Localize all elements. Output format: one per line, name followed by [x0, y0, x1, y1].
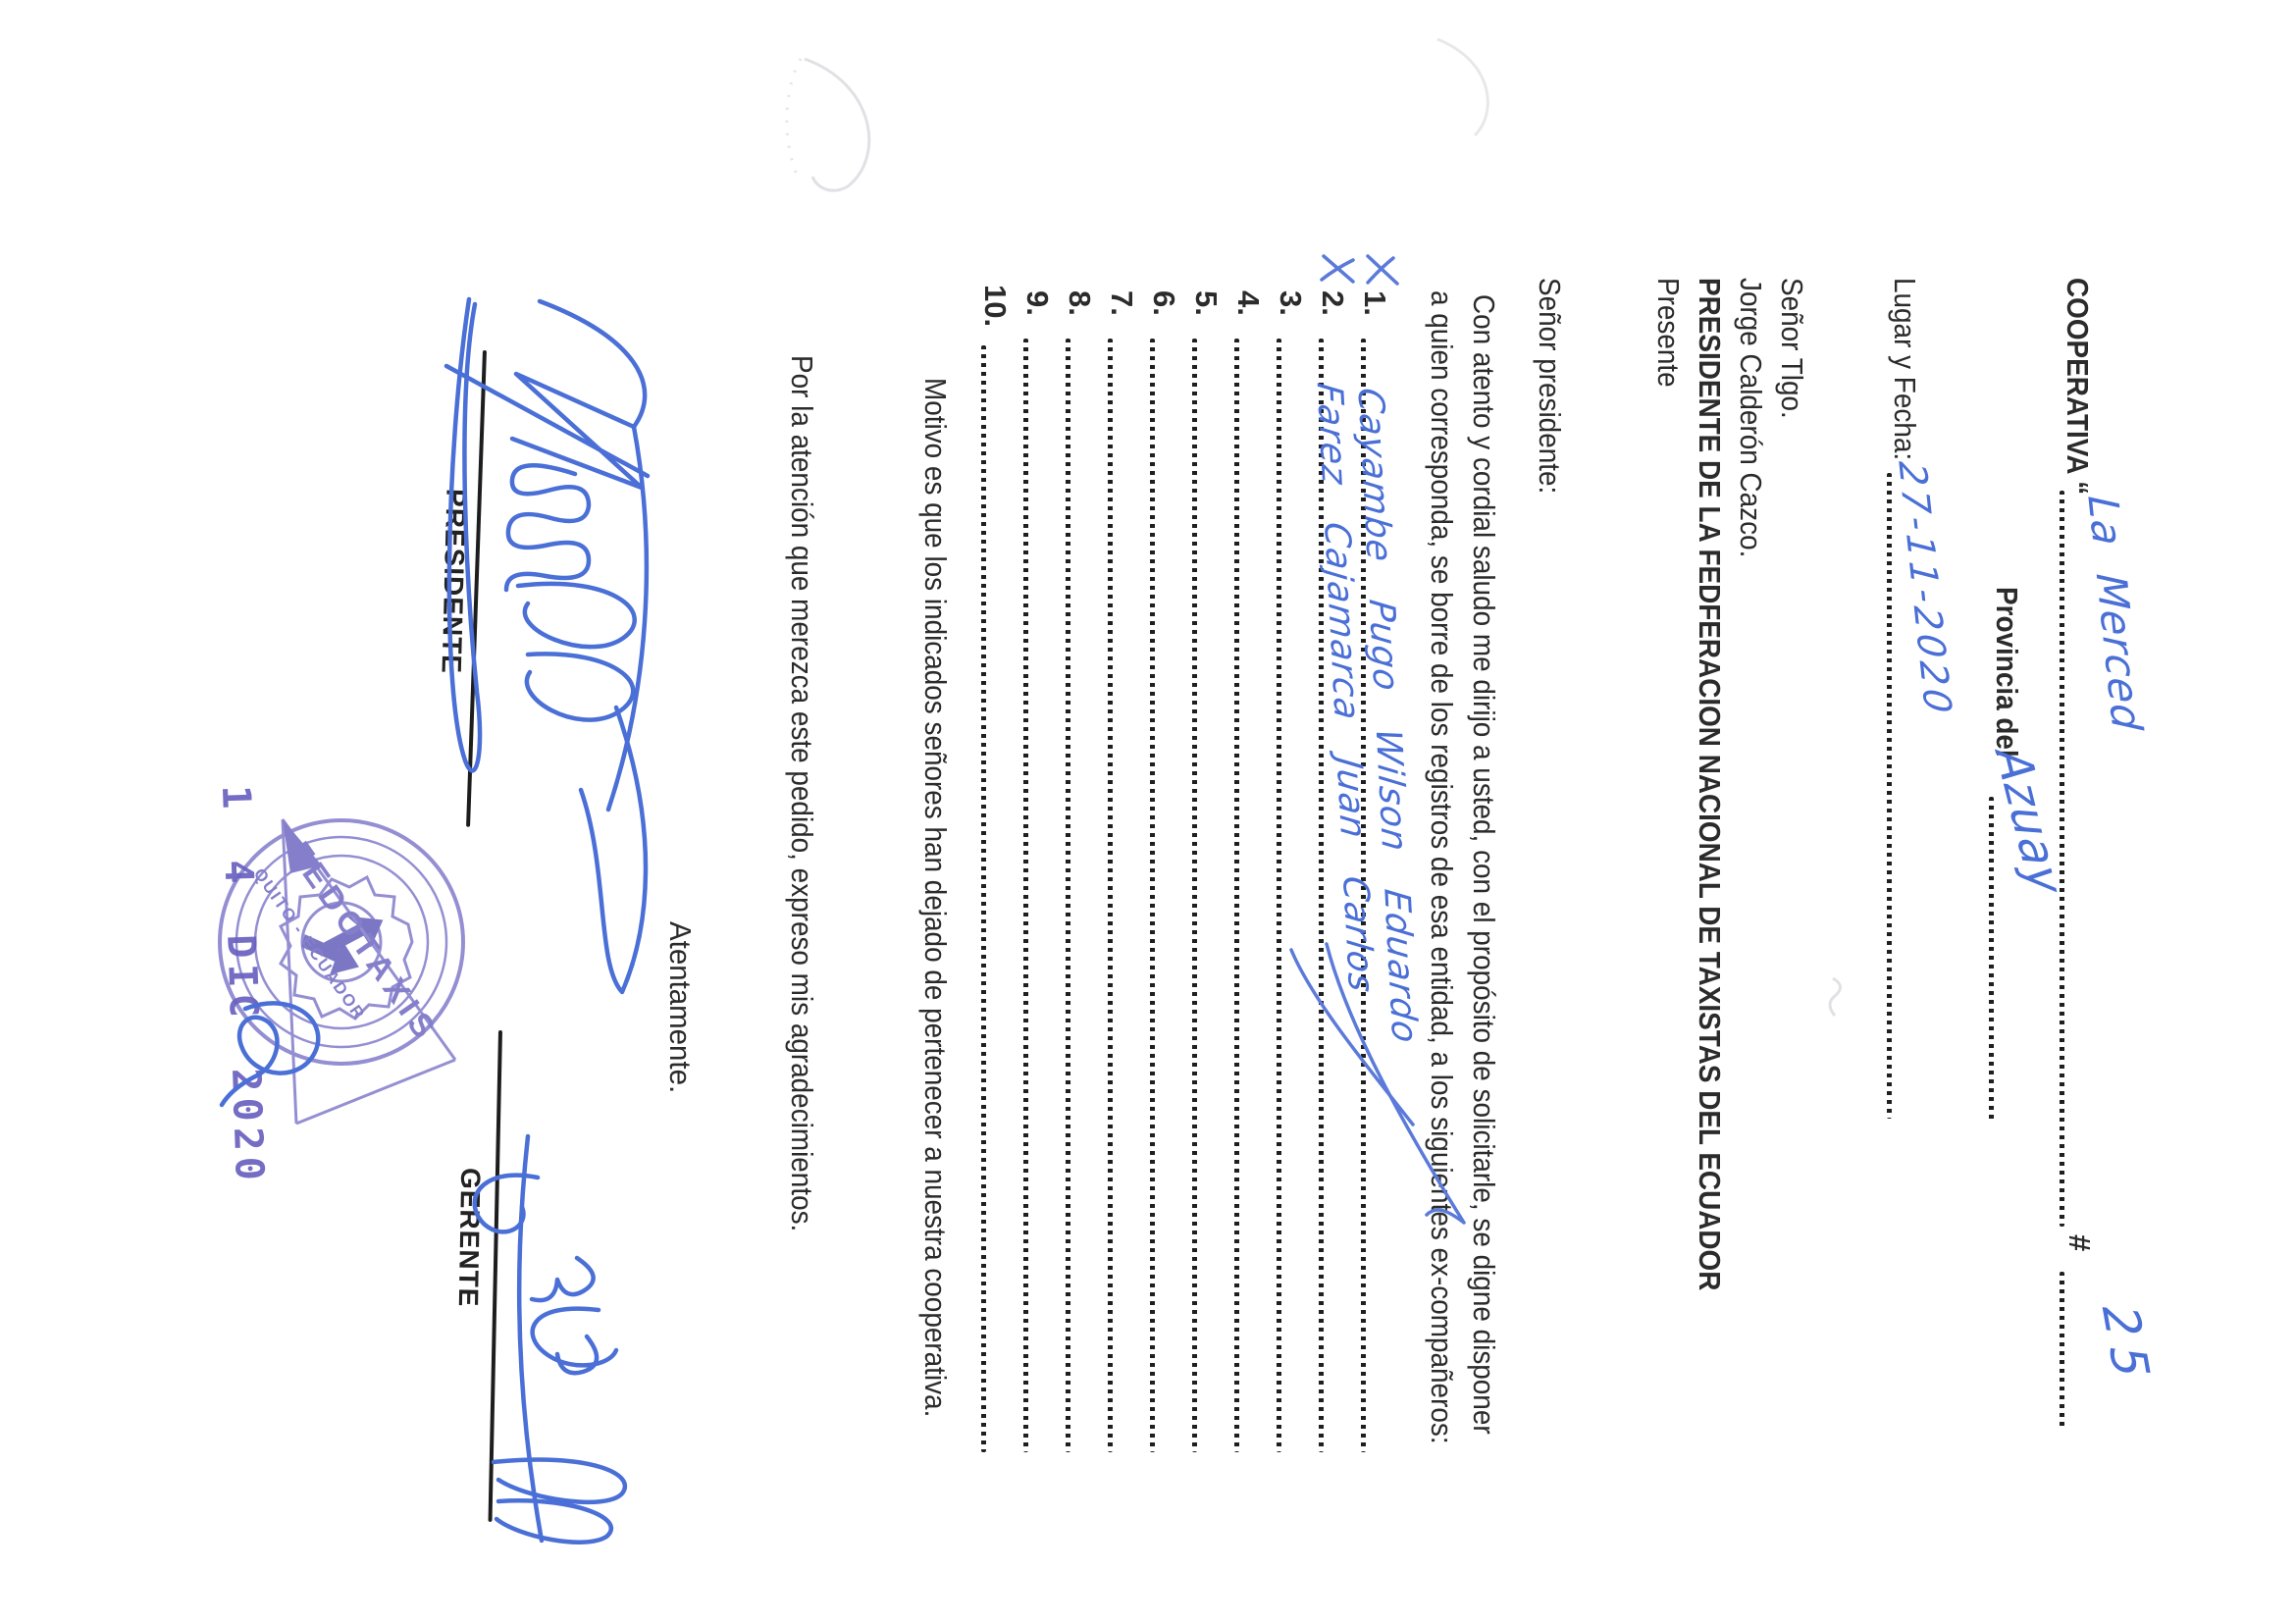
- president-signature-strokes: [446, 299, 648, 992]
- list-item-number: 2.: [1316, 290, 1349, 316]
- list-item-number: 3.: [1274, 290, 1307, 316]
- scanned-letter-viewport: COOPERATIVA “ # La Merced 25 Provincia d…: [0, 0, 2296, 1623]
- item-3-number: 3.: [1274, 290, 1308, 316]
- faint-speck-mark: [1823, 976, 1845, 1020]
- gratitude-line: Por la atención que merezca este pedido,…: [785, 355, 818, 1330]
- list-item-dotted-line: [1150, 339, 1155, 1452]
- list-item-dotted-line: [1066, 339, 1070, 1452]
- cooperative-label: COOPERATIVA “: [2061, 278, 2094, 519]
- place-date-label: Lugar y Fecha:: [1888, 278, 1921, 481]
- body-line-1: Con atento y cordial saludo me dirijo a …: [1467, 294, 1500, 1561]
- dotted-leader-date: [1887, 473, 1892, 1119]
- cooperative-label-text: COOPERATIVA “: [2061, 278, 2094, 495]
- handwritten-date: 27-11-2020: [1890, 460, 1960, 718]
- dotted-leader-province: [1989, 797, 1994, 1121]
- list-item-dotted-line: [1234, 339, 1239, 1452]
- recipient-title: PRESIDENTE DE LA FEDFERACION NACIONAL DE…: [1693, 278, 1726, 1403]
- recipient-salutation: Señor Tlgo.: [1775, 278, 1808, 435]
- recipient-name: Jorge Calderón Cazco.: [1734, 278, 1767, 589]
- list-item-number: 4.: [1231, 290, 1265, 316]
- number-sign: #: [2062, 1234, 2096, 1251]
- handwritten-number: 25: [2091, 1304, 2163, 1388]
- list-item-number: 7.: [1105, 290, 1138, 316]
- list-item-dotted-line: [1192, 339, 1197, 1452]
- letter-page: COOPERATIVA “ # La Merced 25 Provincia d…: [0, 0, 2296, 1623]
- blue-cross-mark-1: [1358, 250, 1403, 289]
- item-7-number: 7.: [1105, 290, 1139, 316]
- manager-signature-strokes: [475, 1136, 625, 1543]
- handwritten-cooperative-name: La Merced: [2078, 496, 2152, 732]
- signature-flourish-2: [1283, 940, 1431, 1146]
- province-label-text: Provincia del: [1990, 587, 2023, 758]
- item-1-number: 1.: [1358, 290, 1392, 316]
- recipient-salutation-text: Señor Tlgo.: [1775, 278, 1808, 419]
- place-date-label-text: Lugar y Fecha:: [1888, 278, 1921, 460]
- body-line-2-text: a quien corresponda, se borre de los reg…: [1425, 290, 1458, 1444]
- list-item-dotted-line: [1277, 339, 1281, 1452]
- province-label: Provincia del: [1990, 587, 2023, 776]
- list-item-dotted-line: [1108, 339, 1113, 1452]
- recipient-name-text: Jorge Calderón Cazco.: [1734, 278, 1767, 557]
- list-item-number: 10.: [978, 285, 1012, 327]
- list-item-number: 5.: [1189, 290, 1223, 316]
- manager-signature: [456, 1109, 667, 1560]
- item-2-number: 2.: [1316, 290, 1350, 316]
- recipient-presente: Presente: [1651, 278, 1685, 399]
- item-10-number: 10.: [978, 285, 1013, 327]
- list-item-number: 1.: [1358, 290, 1391, 316]
- list-item-number: 9.: [1020, 290, 1054, 316]
- list-item-number: 6.: [1147, 290, 1180, 316]
- motivo-text: Motivo es que los indicados señores han …: [918, 378, 952, 1417]
- body-line-1-text: Con atento y cordial saludo me dirijo a …: [1467, 294, 1500, 1435]
- list-item-number: 8.: [1063, 290, 1096, 316]
- motivo-line: Motivo es que los indicados señores han …: [918, 378, 952, 1533]
- item-9-number: 9.: [1020, 290, 1055, 316]
- recipient-presente-text: Presente: [1651, 278, 1685, 388]
- item-8-number: 8.: [1063, 290, 1097, 316]
- item-6-number: 6.: [1147, 290, 1181, 316]
- faint-curl-mark-2: [1418, 29, 1506, 147]
- greeting: Señor presidente:: [1533, 278, 1566, 518]
- greeting-text: Señor presidente:: [1533, 278, 1566, 494]
- item-5-number: 5.: [1189, 290, 1224, 316]
- list-item-dotted-line: [981, 345, 986, 1452]
- blue-cross-mark-2: [1316, 250, 1361, 289]
- gratitude-text: Por la atención que merezca este pedido,…: [785, 355, 818, 1231]
- hash-glyph: #: [2062, 1234, 2097, 1251]
- recipient-title-text: PRESIDENTE DE LA FEDFERACION NACIONAL DE…: [1693, 278, 1726, 1290]
- dotted-leader-number: [2060, 1272, 2064, 1431]
- faint-curl-mark-1: [778, 47, 891, 204]
- item-4-number: 4.: [1231, 290, 1266, 316]
- stamp-signature-flourish: [218, 989, 345, 1117]
- list-item-dotted-line: [1023, 339, 1028, 1452]
